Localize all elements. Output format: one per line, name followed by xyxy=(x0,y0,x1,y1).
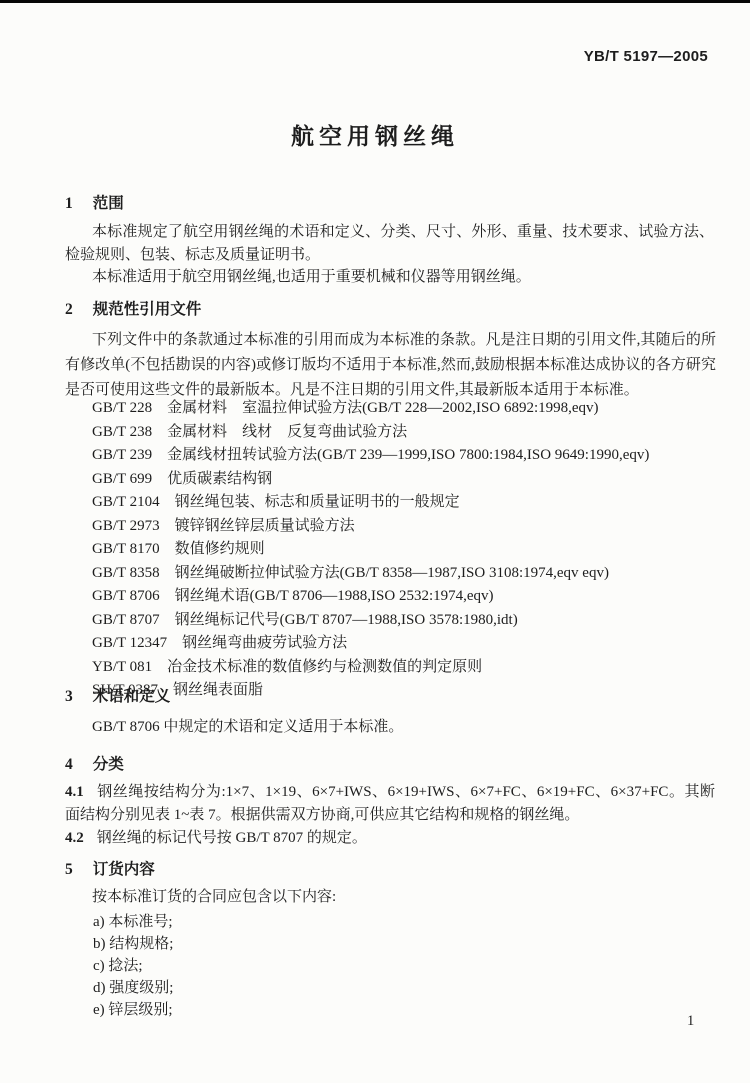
section-1-title: 范围 xyxy=(93,195,124,212)
section-5-heading: 5订货内容 xyxy=(65,857,155,879)
clause-text: 钢丝绳按结构分为:1×7、1×19、6×7+IWS、6×19+IWS、6×7+F… xyxy=(65,784,715,823)
section-3-title: 术语和定义 xyxy=(93,688,171,705)
reference-item: GB/T 8170 数值修约规则 xyxy=(92,538,649,562)
section-1-heading: 1范围 xyxy=(65,191,124,213)
list-item: d) 强度级别; xyxy=(93,977,173,999)
list-item: c) 捻法; xyxy=(93,955,173,977)
reference-item: GB/T 8358 钢丝绳破断拉伸试验方法(GB/T 8358—1987,ISO… xyxy=(92,562,649,586)
reference-item: GB/T 238 金属材料 线材 反复弯曲试验方法 xyxy=(92,421,649,445)
section-2-title: 规范性引用文件 xyxy=(93,301,202,318)
clause-4-2: 4.2钢丝绳的标记代号按 GB/T 8707 的规定。 xyxy=(65,827,715,850)
list-item: e) 锌层级别; xyxy=(93,999,173,1021)
reference-item: GB/T 239 金属线材扭转试验方法(GB/T 239—1999,ISO 78… xyxy=(92,444,649,468)
reference-item: GB/T 2104 钢丝绳包装、标志和质量证明书的一般规定 xyxy=(92,491,649,515)
list-item: a) 本标准号; xyxy=(93,911,173,933)
section-5-title: 订货内容 xyxy=(93,861,155,878)
reference-item: SH/T 0387 钢丝绳表面脂 xyxy=(92,679,649,703)
clause-text: 钢丝绳的标记代号按 GB/T 8707 的规定。 xyxy=(97,830,367,846)
reference-item: GB/T 12347 钢丝绳弯曲疲劳试验方法 xyxy=(92,632,649,656)
reference-item: GB/T 228 金属材料 室温拉伸试验方法(GB/T 228—2002,ISO… xyxy=(92,397,649,421)
clause-number: 4.1 xyxy=(65,784,84,800)
reference-item: GB/T 2973 镀锌钢丝锌层质量试验方法 xyxy=(92,515,649,539)
section-3-heading: 3术语和定义 xyxy=(65,684,170,706)
reference-item: GB/T 8706 钢丝绳术语(GB/T 8706—1988,ISO 2532:… xyxy=(92,585,649,609)
reference-list: GB/T 228 金属材料 室温拉伸试验方法(GB/T 228—2002,ISO… xyxy=(92,397,649,703)
section-2-heading: 2规范性引用文件 xyxy=(65,297,201,319)
section-4-title: 分类 xyxy=(93,756,124,773)
page-number: 1 xyxy=(687,1013,694,1030)
reference-item: GB/T 8707 钢丝绳标记代号(GB/T 8707—1988,ISO 357… xyxy=(92,609,649,633)
section-5-number: 5 xyxy=(65,861,73,878)
section-2-intro-paragraph: 下列文件中的条款通过本标准的引用而成为本标准的条款。凡是注日期的引用文件,其随后… xyxy=(65,328,716,403)
section-1-number: 1 xyxy=(65,195,73,212)
section-3-paragraph: GB/T 8706 中规定的术语和定义适用于本标准。 xyxy=(65,716,714,739)
section-3-number: 3 xyxy=(65,688,73,705)
order-content-list: a) 本标准号; b) 结构规格; c) 捻法; d) 强度级别; e) 锌层级… xyxy=(93,911,173,1021)
section-1-paragraph-2: 本标准适用于航空用钢丝绳,也适用于重要机械和仪器等用钢丝绳。 xyxy=(65,266,714,289)
list-item: b) 结构规格; xyxy=(93,933,173,955)
section-2-number: 2 xyxy=(65,301,73,318)
reference-item: YB/T 081 冶金技术标准的数值修约与检测数值的判定原则 xyxy=(92,656,649,680)
top-border-line xyxy=(0,0,750,3)
section-1-paragraph-1: 本标准规定了航空用钢丝绳的术语和定义、分类、尺寸、外形、重量、技术要求、试验方法… xyxy=(65,221,714,267)
standard-code: YB/T 5197—2005 xyxy=(584,48,708,65)
reference-item: GB/T 699 优质碳素结构钢 xyxy=(92,468,649,492)
document-page: YB/T 5197—2005 航空用钢丝绳 1范围 本标准规定了航空用钢丝绳的术… xyxy=(0,0,750,1083)
clause-4-1: 4.1钢丝绳按结构分为:1×7、1×19、6×7+IWS、6×19+IWS、6×… xyxy=(65,781,715,827)
section-5-intro-paragraph: 按本标准订货的合同应包含以下内容: xyxy=(65,886,714,909)
clause-number: 4.2 xyxy=(65,830,84,846)
document-title: 航空用钢丝绳 xyxy=(0,118,750,151)
section-4-number: 4 xyxy=(65,756,73,773)
section-4-heading: 4分类 xyxy=(65,752,124,774)
